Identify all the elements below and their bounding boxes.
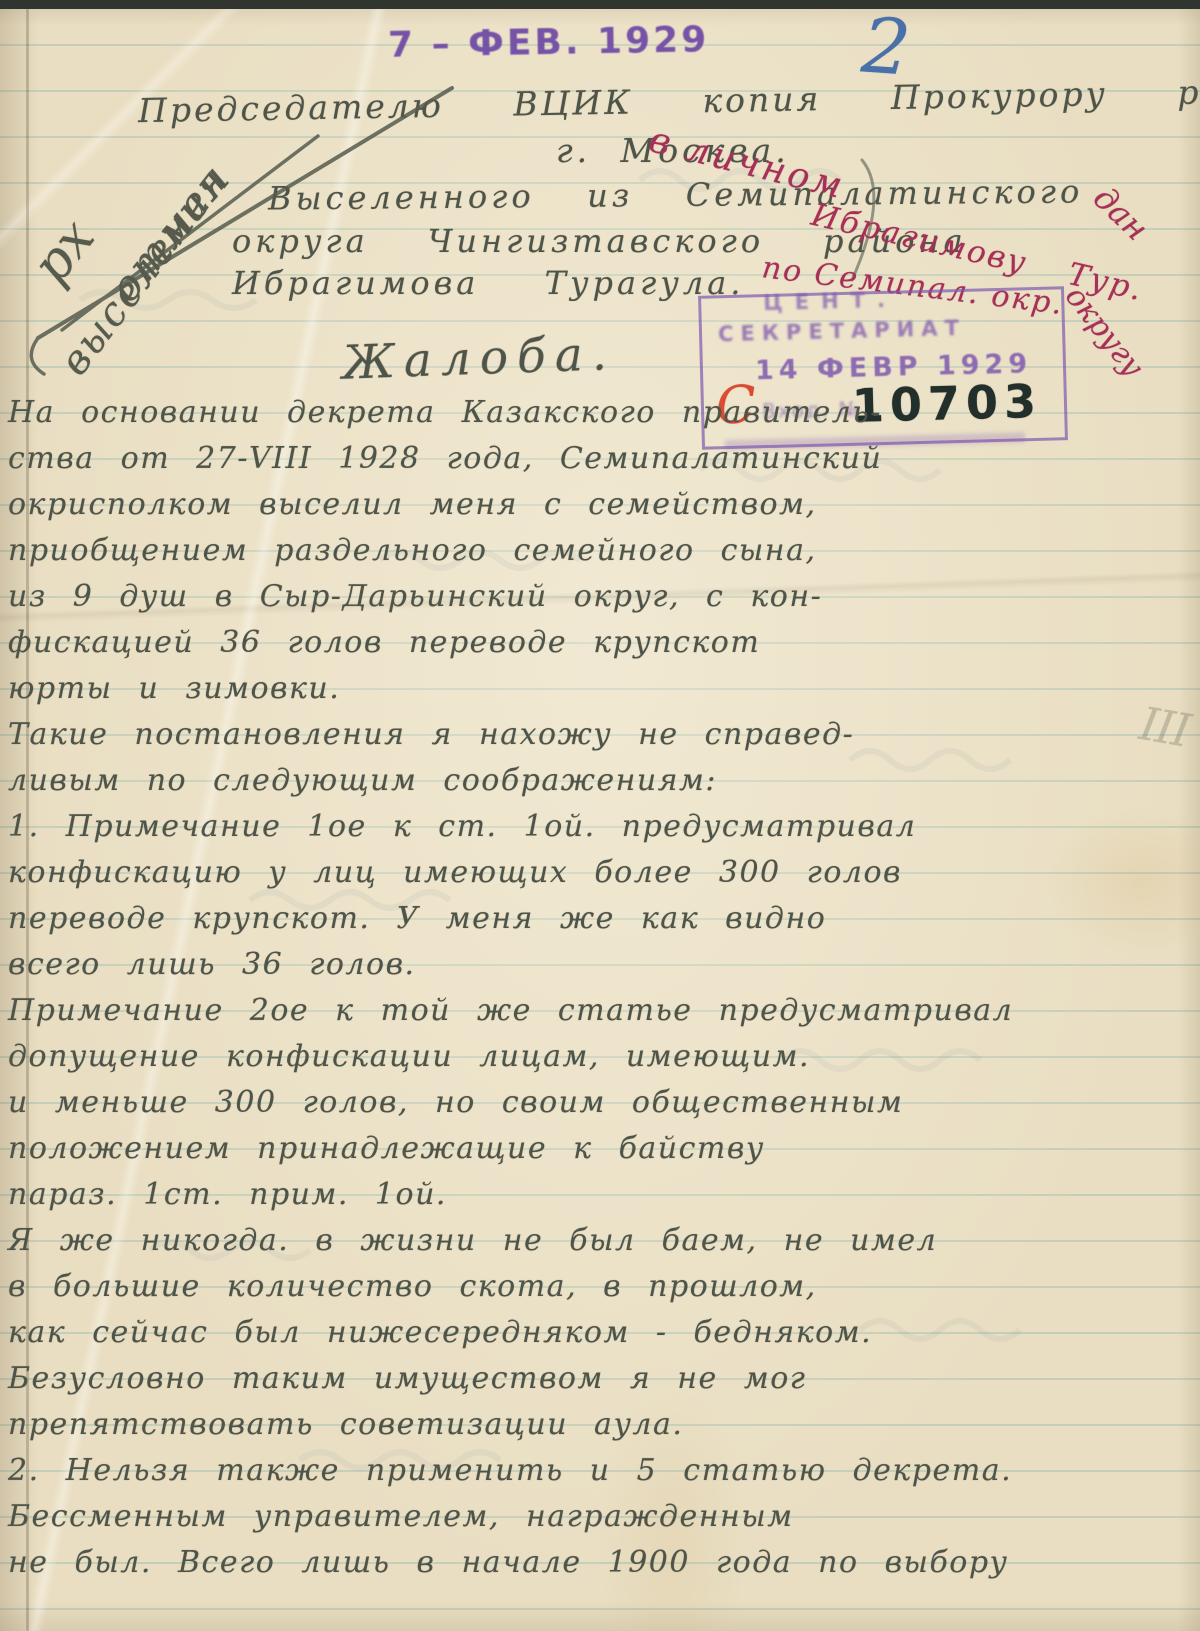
body-line: Безусловно таким имуществом я не мог [8, 1356, 1194, 1402]
body-line: фискацией 36 голов переводе крупскот [8, 620, 1194, 666]
body-line: ливым по следующим соображениям: [8, 758, 1194, 804]
body-line: положением принадлежащие к байству [8, 1126, 1194, 1172]
body-line: и меньше 300 голов, но своим общественны… [8, 1080, 1194, 1126]
body-line: Я же никогда. в жизни не был баем, не им… [8, 1218, 1194, 1264]
body-line: конфискацию у лиц имеющих более 300 голо… [8, 850, 1194, 896]
pencil-initials: рх [21, 209, 107, 295]
stamp-org-line-1: ЦЕНТ. [763, 288, 897, 315]
body-line: окрисполком выселил меня с семейством, [8, 482, 1194, 528]
complaint-body: На основании декрета Казакского правител… [8, 390, 1194, 1586]
body-line: как сейчас был нижесередняком - бедняком… [8, 1310, 1194, 1356]
body-line: юрты и зимовки. [8, 666, 1194, 712]
body-line: препятствовать советизации аула. [8, 1402, 1194, 1448]
body-line: Такие постановления я нахожу не справед- [8, 712, 1194, 758]
margin-section-mark: III [1136, 696, 1193, 758]
body-line: 2. Нельзя также применить и 5 статью дек… [8, 1448, 1194, 1494]
body-line: переводе крупскот. У меня же как видно [8, 896, 1194, 942]
stamp-org-line-2: СЕКРЕТАРИАТ [718, 316, 966, 346]
body-line: Примечание 2ое к той же статье предусмат… [8, 988, 1194, 1034]
address-line-recipient: Председателю ВЦИК копия Прокурору респуб… [138, 69, 1200, 130]
body-line: На основании декрета Казакского правител… [8, 390, 1194, 436]
body-line: не был. Всего лишь в начале 1900 года по… [8, 1540, 1194, 1586]
body-line: Бессменным управителем, награжденным [8, 1494, 1194, 1540]
body-line: всего лишь 36 голов. [8, 942, 1194, 988]
complaint-title: Жалоба. [341, 326, 616, 391]
document-scan-page: 7 – ФЕВ. 1929 2 Председателю ВЦИК копия … [0, 0, 1200, 1631]
date-received-stamp: 7 – ФЕВ. 1929 [388, 19, 710, 66]
scan-top-edge [0, 0, 1200, 9]
body-line: из 9 душ в Сыр-Дарьинский округ, с кон- [8, 574, 1194, 620]
red-ink-note-part-2: дан [1086, 179, 1156, 248]
address-line-petitioner-name: Ибрагимова Турагула. [232, 264, 744, 302]
address-line-evicted-from: Выселенного из Семипалатинского [268, 172, 1084, 217]
body-line: допущение конфискации лицам, имеющим. [8, 1034, 1194, 1080]
body-line: 1. Примечание 1ое к ст. 1ой. предусматри… [8, 804, 1194, 850]
body-line: ства от 27-VIII 1928 года, Семипалатинск… [8, 436, 1194, 482]
body-line: параз. 1ст. прим. 1ой. [8, 1172, 1194, 1218]
body-line: в большие количество скота, в прошлом, [8, 1264, 1194, 1310]
body-line: приобщением раздельного семейного сына, [8, 528, 1194, 574]
